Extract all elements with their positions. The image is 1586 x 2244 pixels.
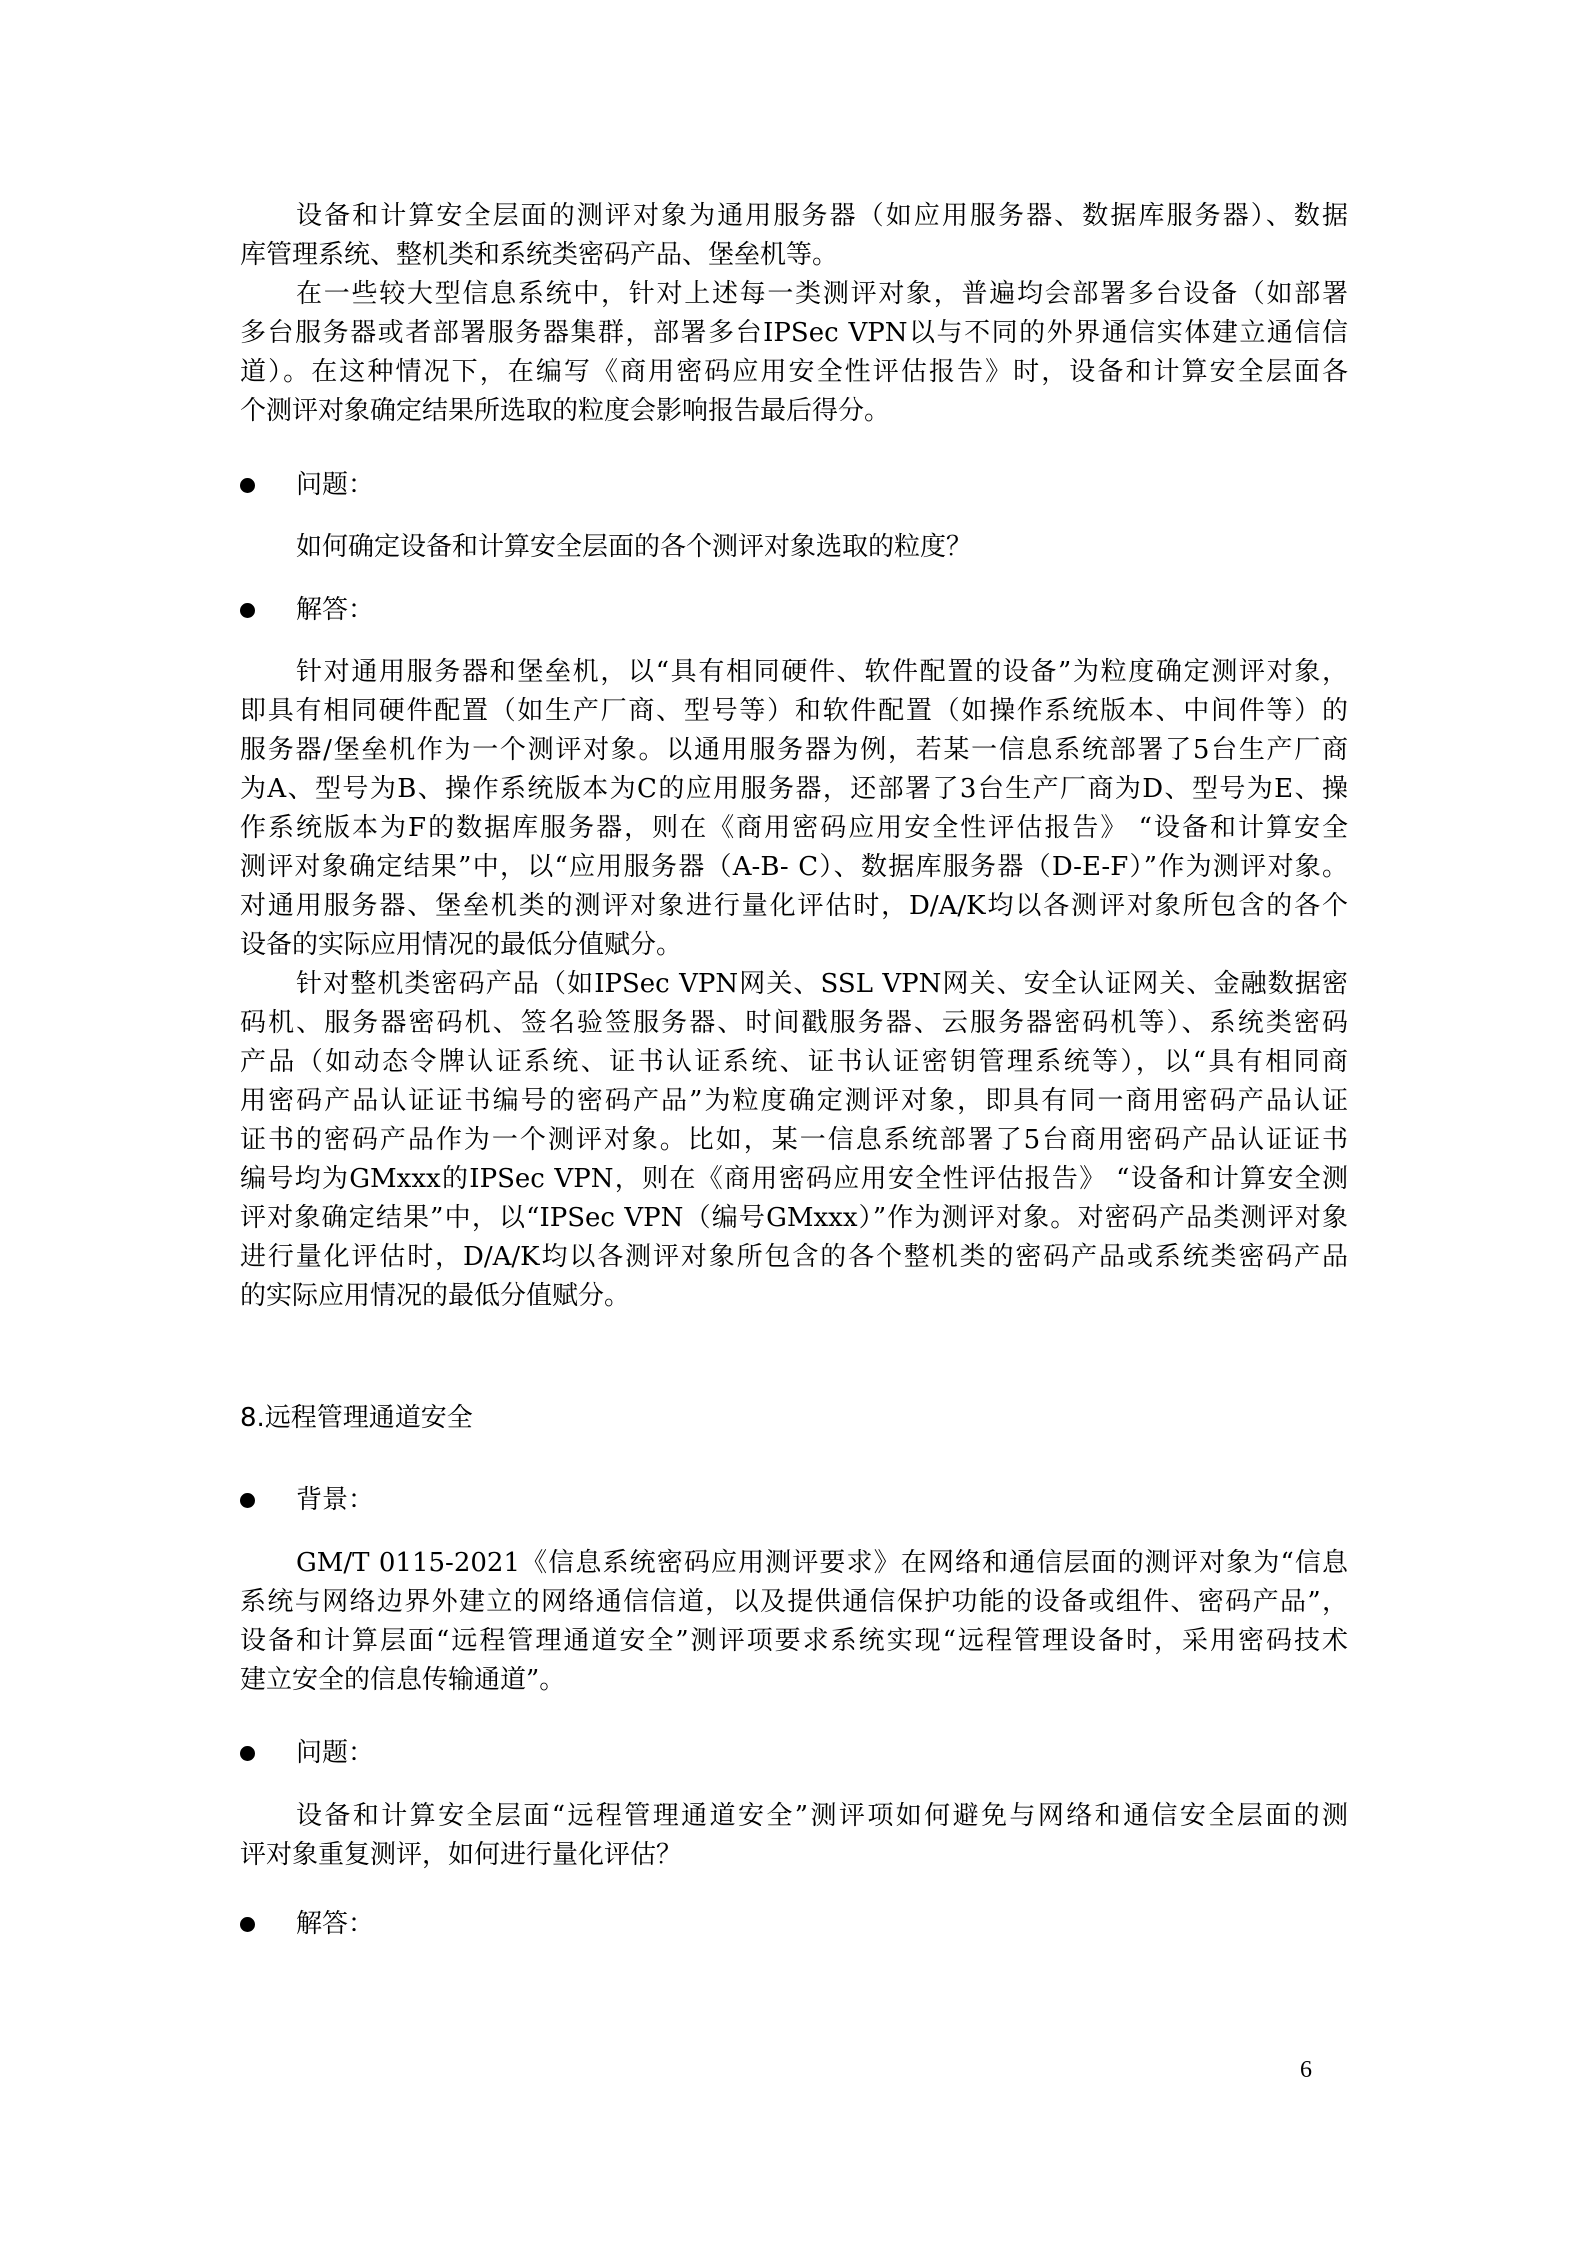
bullet-label: 问题：: [296, 1733, 374, 1773]
text-line: 设备和计算安全层面“远程管理通道安全”测评项如何避免与网络和通信安全层面的测: [296, 1796, 1348, 1836]
text-line: 评对象确定结果”中，以“IPSec VPN（编号GMxxx）”作为测评对象。对密…: [240, 1198, 1348, 1238]
text-line: 为A、型号为B、操作系统版本为C的应用服务器，还部署了3台生产厂商为D、型号为E…: [240, 769, 1348, 809]
text-line: 作系统版本为F的数据库服务器，则在《商用密码应用安全性评估报告》 “设备和计算安…: [240, 808, 1348, 848]
page-number: 6: [1300, 2055, 1312, 2085]
text-line: 证书的密码产品作为一个测评对象。比如，某一信息系统部署了5台商用密码产品认证证书: [240, 1120, 1348, 1160]
bullet-label: 背景：: [296, 1480, 374, 1520]
text-line: 针对通用服务器和堡垒机，以“具有相同硬件、软件配置的设备”为粒度确定测评对象，: [296, 652, 1348, 692]
bullet-dot-icon: [240, 1917, 255, 1932]
bullet-dot-icon: [240, 478, 255, 493]
bullet-dot-icon: [240, 1493, 255, 1508]
text-line: 如何确定设备和计算安全层面的各个测评对象选取的粒度？: [296, 527, 1348, 567]
bullet-label: 解答：: [296, 1904, 374, 1944]
text-line: 测评对象确定结果”中，以“应用服务器（A-B- C）、数据库服务器（D-E-F）…: [240, 847, 1348, 887]
bullet-label: 解答：: [296, 590, 374, 630]
text-line: 码机、服务器密码机、签名验签服务器、时间戳服务器、云服务器密码机等）、系统类密码: [240, 1003, 1348, 1043]
text-line: 设备和计算层面“远程管理通道安全”测评项要求系统实现“远程管理设备时，采用密码技…: [240, 1621, 1348, 1661]
text-line: 的实际应用情况的最低分值赋分。: [240, 1276, 1348, 1316]
text-line: 设备和计算安全层面的测评对象为通用服务器（如应用服务器、数据库服务器）、数据: [296, 196, 1348, 236]
text-line: 道）。在这种情况下，在编写《商用密码应用安全性评估报告》时，设备和计算安全层面各: [240, 352, 1348, 392]
text-line: 即具有相同硬件配置（如生产厂商、型号等）和软件配置（如操作系统版本、中间件等）的: [240, 691, 1348, 731]
text-line: 库管理系统、整机类和系统类密码产品、堡垒机等。: [240, 235, 1348, 275]
text-line: 多台服务器或者部署服务器集群，部署多台IPSec VPN以与不同的外界通信实体建…: [240, 313, 1348, 353]
text-line: 建立安全的信息传输通道”。: [240, 1660, 1348, 1700]
bullet-dot-icon: [240, 603, 255, 618]
text-line: 进行量化评估时，D/A/K均以各测评对象所包含的各个整机类的密码产品或系统类密码…: [240, 1237, 1348, 1277]
text-line: 用密码产品认证证书编号的密码产品”为粒度确定测评对象，即具有同一商用密码产品认证: [240, 1081, 1348, 1121]
text-line: GM/T 0115-2021《信息系统密码应用测评要求》在网络和通信层面的测评对…: [296, 1543, 1348, 1583]
bullet-label: 问题：: [296, 465, 374, 505]
text-line: 评对象重复测评，如何进行量化评估？: [240, 1835, 1348, 1875]
text-line: 个测评对象确定结果所选取的粒度会影响报告最后得分。: [240, 391, 1348, 431]
text-line: 产品（如动态令牌认证系统、证书认证系统、证书认证密钥管理系统等），以“具有相同商: [240, 1042, 1348, 1082]
text-line: 针对整机类密码产品（如IPSec VPN网关、SSL VPN网关、安全认证网关、…: [296, 964, 1348, 1004]
document-page: 设备和计算安全层面的测评对象为通用服务器（如应用服务器、数据库服务器）、数据 库…: [0, 0, 1586, 2244]
text-line: 对通用服务器、堡垒机类的测评对象进行量化评估时，D/A/K均以各测评对象所包含的…: [240, 886, 1348, 926]
text-line: 系统与网络边界外建立的网络通信信道，以及提供通信保护功能的设备或组件、密码产品”…: [240, 1582, 1348, 1622]
text-line: 在一些较大型信息系统中，针对上述每一类测评对象，普遍均会部署多台设备（如部署: [296, 274, 1348, 314]
text-line: 设备的实际应用情况的最低分值赋分。: [240, 925, 1348, 965]
text-line: 编号均为GMxxx的IPSec VPN，则在《商用密码应用安全性评估报告》 “设…: [240, 1159, 1348, 1199]
section-heading: 8.远程管理通道安全: [240, 1398, 473, 1438]
text-line: 服务器/堡垒机作为一个测评对象。以通用服务器为例，若某一信息系统部署了5台生产厂…: [240, 730, 1348, 770]
bullet-dot-icon: [240, 1746, 255, 1761]
